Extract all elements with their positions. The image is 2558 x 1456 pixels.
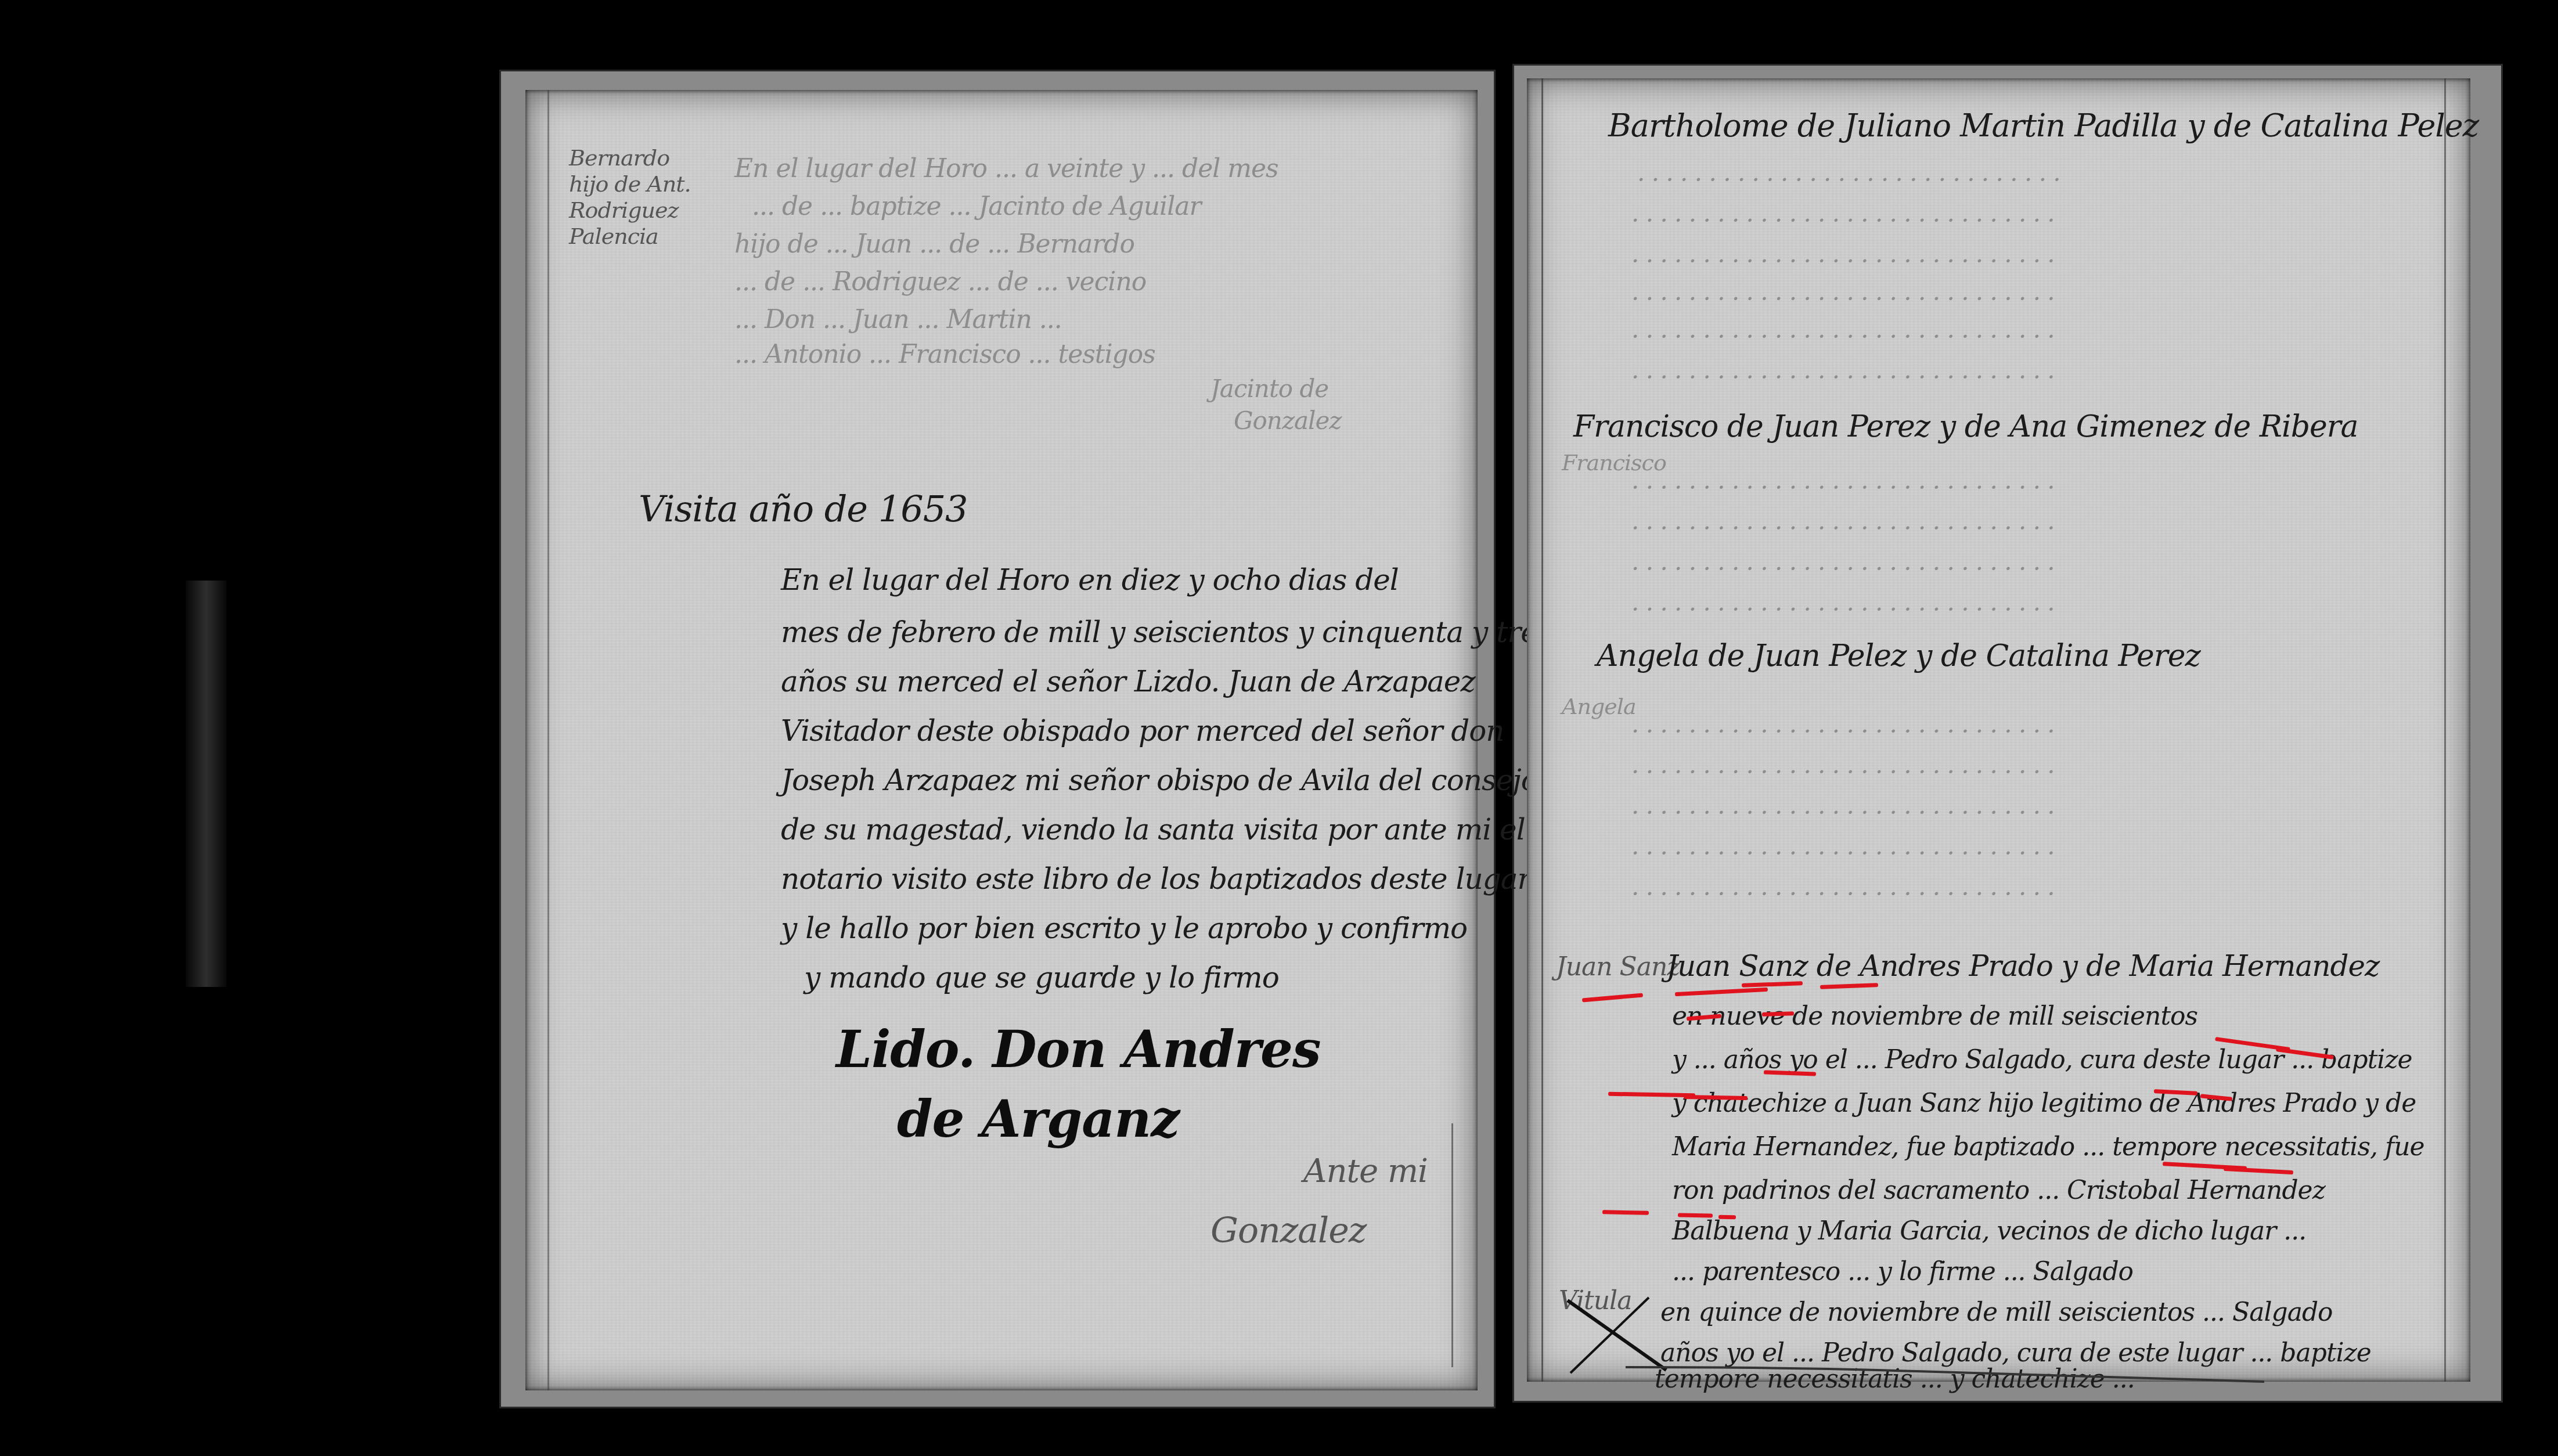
faded-entry-text: · · · · · · · · · · · · · · · · · · · · … — [1631, 514, 2055, 542]
margin-note: Angela — [1562, 694, 1636, 719]
faded-entry-text: · · · · · · · · · · · · · · · · · · · · … — [1631, 363, 2055, 391]
faded-entry-text: · · · · · · · · · · · · · · · · · · · · … — [1631, 798, 2055, 827]
visita-line: y le hallo por bien escrito y le aprobo … — [781, 911, 1467, 945]
margin-note: Francisco — [1562, 450, 1666, 475]
entry-text-line: años yo el ... Pedro Salgado, cura de es… — [1660, 1338, 2371, 1368]
faded-signature-line: Gonzalez — [1234, 406, 1341, 435]
visita-heading: Visita año de 1653 — [639, 488, 968, 530]
visita-line: notario visito este libro de los baptiza… — [781, 862, 1530, 896]
red-underline — [1608, 1092, 1695, 1098]
visita-line: Joseph Arzapaez mi señor obispo de Avila… — [781, 763, 1538, 797]
entry-text-line: Maria Hernandez, fue baptizado ... tempo… — [1672, 1132, 2424, 1162]
faded-line: ... de ... baptize ... Jacinto de Aguila… — [752, 192, 1201, 221]
entry-text-line: y chatechize a Juan Sanz hijo legitimo d… — [1672, 1089, 2416, 1118]
left-page: Bernardo hijo de Ant. Rodriguez Palencia… — [525, 90, 1478, 1390]
entry-heading: Francisco de Juan Perez y de Ana Gimenez… — [1573, 409, 2358, 444]
entry-text-line: y ... años yo el ... Pedro Salgado, cura… — [1672, 1045, 2412, 1075]
faded-entry-text: · · · · · · · · · · · · · · · · · · · · … — [1631, 880, 2055, 908]
entry-text-line: en nueve de noviembre de mill seisciento… — [1672, 1001, 2197, 1031]
visitor-signature-line: Lido. Don Andres — [836, 1019, 1321, 1079]
red-underline — [1678, 1213, 1713, 1217]
red-underline — [2224, 1167, 2293, 1174]
cross-out-mark-icon — [1562, 1295, 1678, 1376]
faded-signature-line: Jacinto de — [1210, 374, 1328, 403]
faded-entry-text: · · · · · · · · · · · · · · · · · · · · … — [1631, 717, 2055, 745]
red-underline — [1675, 988, 1768, 996]
faded-entry-text: · · · · · · · · · · · · · · · · · · · · … — [1631, 758, 2055, 786]
background-strip — [186, 581, 226, 987]
entry-heading: Angela de Juan Pelez y de Catalina Perez — [1597, 639, 2200, 673]
faded-entry-text: · · · · · · · · · · · · · · · · · · · · … — [1631, 595, 2055, 624]
visitor-signature-line: de Arganz — [897, 1089, 1179, 1149]
visita-line: Visitador deste obispado por merced del … — [781, 714, 1504, 748]
faded-line: hijo de ... Juan ... de ... Bernardo — [734, 229, 1134, 259]
margin-note-line: Palencia — [569, 224, 658, 249]
visita-line: En el lugar del Horo en diez y ocho dias… — [781, 563, 1399, 597]
visita-line: mes de febrero de mill y seiscientos y c… — [781, 615, 1551, 649]
notary-signature-line: Gonzalez — [1210, 1210, 1366, 1251]
entry-text-line: ron padrinos del sacramento ... Cristoba… — [1672, 1176, 2325, 1205]
margin-note-line: Bernardo — [569, 145, 669, 171]
closing-flourish-icon — [1626, 1364, 2264, 1387]
faded-entry-text: · · · · · · · · · · · · · · · · · · · · … — [1631, 247, 2055, 275]
faded-line: ... Antonio ... Francisco ... testigos — [734, 340, 1155, 369]
visita-line: de su magestad, viendo la santa visita p… — [781, 813, 1525, 846]
faded-line: En el lugar del Horo ... a veinte y ... … — [734, 154, 1278, 183]
red-underline — [1602, 1210, 1649, 1214]
faded-entry-text: · · · · · · · · · · · · · · · · · · · · … — [1631, 284, 2055, 313]
red-underline — [1718, 1215, 1736, 1220]
faded-entry-text: · · · · · · · · · · · · · · · · · · · · … — [1637, 165, 2060, 194]
entry-text-line: ... parentesco ... y lo firme ... Salgad… — [1672, 1257, 2133, 1286]
faded-line: ... de ... Rodriguez ... de ... vecino — [734, 267, 1146, 297]
left-margin-rule — [547, 90, 549, 1390]
entry-text-line: en quince de noviembre de mill seiscient… — [1660, 1298, 2333, 1327]
right-page: Bartholome de Juliano Martin Padilla y d… — [1527, 78, 2470, 1382]
red-underline — [1820, 983, 1878, 989]
entry-heading: Juan Sanz de Andres Prado y de Maria Her… — [1666, 949, 2379, 983]
faded-entry-text: · · · · · · · · · · · · · · · · · · · · … — [1631, 554, 2055, 583]
visita-line: y mando que se guarde y lo firmo — [804, 961, 1279, 994]
entry-heading: Bartholome de Juliano Martin Padilla y d… — [1608, 107, 2478, 144]
right-margin-rule — [2444, 78, 2446, 1382]
margin-note: Juan Sanz — [1556, 952, 1680, 982]
red-underline — [1582, 993, 1643, 1002]
faded-entry-text: · · · · · · · · · · · · · · · · · · · · … — [1631, 839, 2055, 867]
faded-entry-text: · · · · · · · · · · · · · · · · · · · · … — [1631, 322, 2055, 351]
visita-line: años su merced el señor Lizdo. Juan de A… — [781, 665, 1475, 698]
entry-text-line: Balbuena y Maria Garcia, vecinos de dich… — [1672, 1216, 2306, 1246]
margin-note-line: hijo de Ant. — [569, 171, 691, 197]
right-margin-rule — [1451, 1123, 1453, 1367]
faded-entry-text: · · · · · · · · · · · · · · · · · · · · … — [1631, 206, 2055, 235]
faded-entry-text: · · · · · · · · · · · · · · · · · · · · … — [1631, 473, 2055, 502]
faded-line: ... Don ... Juan ... Martin ... — [734, 305, 1062, 334]
left-margin-rule — [1541, 78, 1543, 1382]
margin-note-line: Rodriguez — [569, 197, 678, 223]
notary-signature-line: Ante mi — [1303, 1152, 1428, 1190]
